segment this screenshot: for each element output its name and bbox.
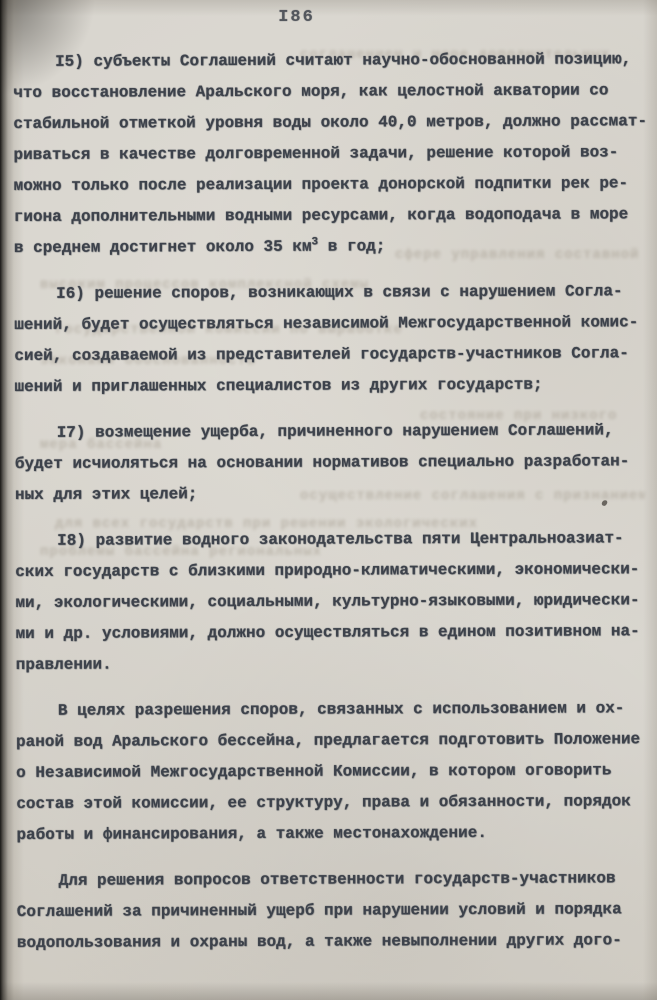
text-line: состав этой комиссии, ее структуру, прав… bbox=[16, 786, 654, 820]
text-line: риваться в качестве долговременной задач… bbox=[13, 137, 651, 171]
text-line: водопользования и охраны вод, а также не… bbox=[17, 925, 655, 959]
text-line: I8) развитие водного законодательства пя… bbox=[15, 523, 653, 557]
text-line: работы и финансирования, а также местона… bbox=[16, 817, 654, 851]
text-line: будет исчиоляться на основании нормативо… bbox=[15, 446, 653, 480]
text-line: I5) субъекты Соглашений считают научно-о… bbox=[13, 44, 651, 78]
paragraph: I7) возмещение ущерба, причиненного нару… bbox=[15, 415, 653, 511]
text-line: I6) решение споров, возникающих в связи … bbox=[14, 276, 652, 310]
text-line: I7) возмещение ущерба, причиненного нару… bbox=[15, 415, 653, 449]
text-line: стабильной отметкой уровня воды около 40… bbox=[13, 106, 651, 140]
text-line: раной вод Аральского бессейна, предлагае… bbox=[16, 724, 654, 758]
line-segment: в среднем достигнет около 35 км bbox=[14, 238, 312, 257]
text-line: ных для этих целей; bbox=[15, 477, 653, 511]
text-line: Для решения вопросов ответственности гос… bbox=[17, 863, 655, 897]
text-line: о Независимой Межгосударственной Комисси… bbox=[16, 755, 654, 789]
scanned-document-page: I86 соглашением и море дополнительныхсфе… bbox=[0, 0, 657, 1000]
text-line: ми, экологическими, социальными, культур… bbox=[15, 585, 653, 619]
text-line: В целях разрешения споров, связанных с и… bbox=[16, 693, 654, 727]
text-line: шений и приглашенных специалистов из дру… bbox=[14, 369, 652, 403]
text-line: гиона дополнительными водными ресурсами,… bbox=[14, 199, 652, 233]
text-line: правлении. bbox=[16, 647, 654, 681]
text-line: в среднем достигнет около 35 км3 в год; bbox=[14, 230, 652, 264]
text-line: ми и др. условиями, должно осуществлятьс… bbox=[15, 616, 653, 650]
text-line: можно только после реализации проекта до… bbox=[14, 168, 652, 202]
paragraph: I5) субъекты Соглашений считают научно-о… bbox=[13, 44, 652, 264]
text-line: что восстановление Аральского моря, как … bbox=[13, 75, 651, 109]
paragraph: В целях разрешения споров, связанных с и… bbox=[16, 693, 655, 851]
document-text: I5) субъекты Соглашений считают научно-о… bbox=[13, 44, 655, 974]
paragraph: I6) решение споров, возникающих в связи … bbox=[14, 276, 653, 403]
text-line: Соглашений за причиненный ущерб при нару… bbox=[17, 894, 655, 928]
text-line: сией, создаваемой из представителей госу… bbox=[14, 338, 652, 372]
paragraph: Для решения вопросов ответственности гос… bbox=[17, 863, 655, 959]
line-segment: в год; bbox=[318, 237, 385, 255]
text-line: шений, будет осуществляться независимой … bbox=[14, 307, 652, 341]
text-line: ских государств с близкими природно-клим… bbox=[15, 554, 653, 588]
paragraph: I8) развитие водного законодательства пя… bbox=[15, 523, 654, 681]
